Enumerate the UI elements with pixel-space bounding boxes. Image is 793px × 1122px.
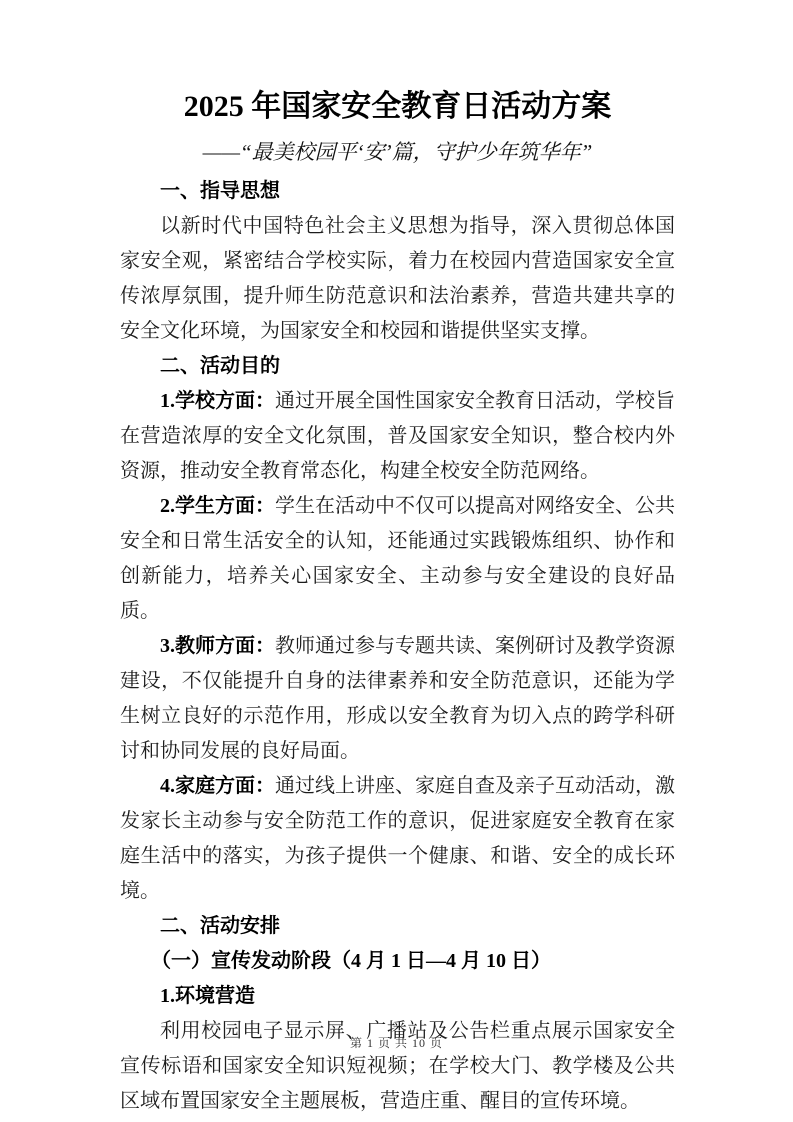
purpose-item-school: 1.学校方面：通过开展全国性国家安全教育日活动，学校旨在营造浓厚的安全文化氛围，… bbox=[120, 384, 675, 489]
purpose-item-students: 2.学生方面：学生在活动中不仅可以提高对网络安全、公共安全和日常生活安全的认知，… bbox=[120, 489, 675, 629]
purpose-item-family-label: 4.家庭方面： bbox=[160, 775, 275, 797]
document-page: 2025 年国家安全教育日活动方案 ——“最美校园平‘安’篇，守护少年筑华年” … bbox=[0, 0, 793, 1122]
heading-activity-purpose: 二、活动目的 bbox=[120, 349, 675, 384]
heading-publicity-stage: （一）宣传发动阶段（4 月 1 日—4 月 10 日） bbox=[120, 944, 675, 979]
purpose-item-teachers-label: 3.教师方面： bbox=[160, 635, 275, 657]
paragraph-guiding-ideology: 以新时代中国特色社会主义思想为指导，深入贯彻总体国家安全观，紧密结合学校实际，着… bbox=[120, 209, 675, 349]
purpose-item-school-label: 1.学校方面： bbox=[160, 390, 275, 412]
purpose-item-teachers: 3.教师方面：教师通过参与专题共读、案例研讨及教学资源建设，不仅能提升自身的法律… bbox=[120, 629, 675, 769]
heading-guiding-ideology: 一、指导思想 bbox=[120, 174, 675, 209]
page-subtitle: ——“最美校园平‘安’篇，守护少年筑华年” bbox=[120, 130, 675, 174]
heading-activity-arrangement: 二、活动安排 bbox=[120, 909, 675, 944]
purpose-item-students-label: 2.学生方面： bbox=[160, 495, 275, 517]
document-content: 2025 年国家安全教育日活动方案 ——“最美校园平‘安’篇，守护少年筑华年” … bbox=[0, 0, 793, 1119]
heading-environment-creation: 1.环境营造 bbox=[120, 979, 675, 1014]
page-number-footer: 第 1 页 共 10 页 bbox=[0, 1034, 793, 1051]
page-title: 2025 年国家安全教育日活动方案 bbox=[120, 84, 675, 130]
paragraph-environment-creation: 利用校园电子显示屏、广播站及公告栏重点展示国家安全宣传标语和国家安全知识短视频；… bbox=[120, 1014, 675, 1119]
purpose-item-family: 4.家庭方面：通过线上讲座、家庭自查及亲子互动活动，激发家长主动参与安全防范工作… bbox=[120, 769, 675, 909]
